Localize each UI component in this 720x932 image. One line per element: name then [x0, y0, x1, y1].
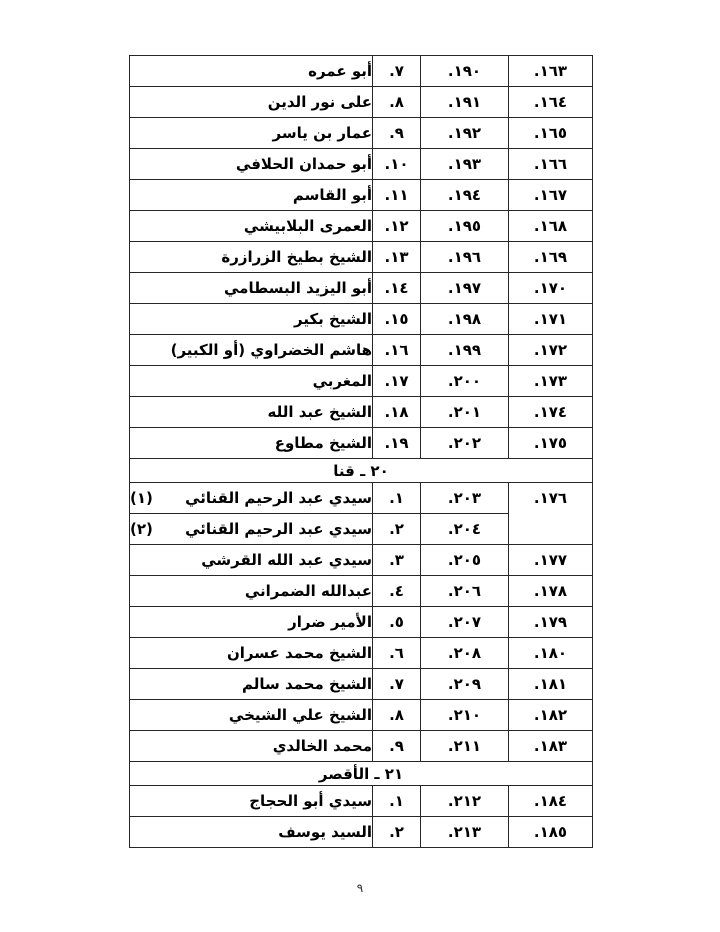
sequence-number-cell: ٣.: [373, 545, 421, 576]
list-number-cell: ١٩٥.: [421, 211, 509, 242]
table-row: ١٧٥.٢٠٢.١٩.الشيخ مطاوع: [130, 428, 593, 459]
name-wrap: الشيخ بطيخ الزرازرة: [130, 248, 372, 266]
serial-number-cell: ١٨٥.: [509, 817, 593, 848]
name-cell: الشيخ بكير: [130, 304, 373, 335]
name-wrap: سيدي عبد الرحيم القنائي(١): [130, 489, 372, 507]
name-text: هاشم الخضراوي (أو الكبير): [171, 341, 372, 359]
name-wrap: أبو القاسم: [130, 186, 372, 204]
name-text: سيدي أبو الحجاج: [249, 792, 372, 810]
name-cell: أبو حمدان الحلافي: [130, 149, 373, 180]
table-row: ١٨٤.٢١٢.١.سيدي أبو الحجاج: [130, 786, 593, 817]
name-wrap: الشيخ محمد عسران: [130, 644, 372, 662]
sequence-number-cell: ٤.: [373, 576, 421, 607]
roster-table: ١٦٣.١٩٠.٧.أبو عمره١٦٤.١٩١.٨.على نور الدي…: [129, 55, 593, 848]
sequence-number-cell: ١١.: [373, 180, 421, 211]
table-row: ١٦٤.١٩١.٨.على نور الدين: [130, 87, 593, 118]
list-number-cell: ٢١١.: [421, 731, 509, 762]
section-header-row: ٢١ ـ الأقصر: [130, 762, 593, 786]
table-row: ١٧٦.٢٠٣.١.سيدي عبد الرحيم القنائي(١): [130, 483, 593, 514]
name-text: الشيخ بكير: [294, 310, 372, 328]
list-number-cell: ٢١٢.: [421, 786, 509, 817]
serial-number-cell: ١٦٨.: [509, 211, 593, 242]
sequence-number-cell: ٧.: [373, 56, 421, 87]
table-row: ١٦٧.١٩٤.١١.أبو القاسم: [130, 180, 593, 211]
serial-number-cell: ١٧٨.: [509, 576, 593, 607]
list-number-cell: ١٩٧.: [421, 273, 509, 304]
serial-number-cell: ١٦٦.: [509, 149, 593, 180]
sequence-number-cell: ١٢.: [373, 211, 421, 242]
sequence-number-cell: ١٧.: [373, 366, 421, 397]
name-text: الشيخ محمد عسران: [227, 644, 372, 662]
sequence-number-cell: ١.: [373, 786, 421, 817]
name-text: الشيخ مطاوع: [275, 434, 372, 452]
name-wrap: المغربي: [130, 372, 372, 390]
name-cell: هاشم الخضراوي (أو الكبير): [130, 335, 373, 366]
list-number-cell: ١٩٩.: [421, 335, 509, 366]
name-cell: سيدي عبد الله القرشي: [130, 545, 373, 576]
list-number-cell: ١٩٨.: [421, 304, 509, 335]
table-row: ١٦٦.١٩٣.١٠.أبو حمدان الحلافي: [130, 149, 593, 180]
serial-number-cell: ١٧٦.: [509, 483, 593, 545]
name-text: سيدي عبد الرحيم القنائي: [185, 520, 372, 538]
name-text: الشيخ بطيخ الزرازرة: [221, 248, 372, 266]
sequence-number-cell: ١٤.: [373, 273, 421, 304]
name-text: الشيخ علي الشيخي: [229, 706, 372, 724]
name-cell: المغربي: [130, 366, 373, 397]
name-wrap: أبو حمدان الحلافي: [130, 155, 372, 173]
name-wrap: الأمير ضرار: [130, 613, 372, 631]
name-text: الشيخ محمد سالم: [242, 675, 372, 693]
table-row: ١٦٩.١٩٦.١٣.الشيخ بطيخ الزرازرة: [130, 242, 593, 273]
serial-number-cell: ١٨٤.: [509, 786, 593, 817]
name-wrap: عمار بن ياسر: [130, 124, 372, 142]
table-row: ١٨٥.٢١٣.٢.السيد يوسف: [130, 817, 593, 848]
table-row: ١٧٢.١٩٩.١٦.هاشم الخضراوي (أو الكبير): [130, 335, 593, 366]
table-row: ١٧٠.١٩٧.١٤.أبو اليزيد البسطامي: [130, 273, 593, 304]
serial-number-cell: ١٨٣.: [509, 731, 593, 762]
serial-number-cell: ١٧١.: [509, 304, 593, 335]
name-wrap: الشيخ مطاوع: [130, 434, 372, 452]
serial-number-cell: ١٧٤.: [509, 397, 593, 428]
name-text: أبو عمره: [308, 62, 372, 80]
name-text: سيدي عبد الله القرشي: [201, 551, 372, 569]
name-text: على نور الدين: [268, 93, 372, 111]
table-row: ١٨٣.٢١١.٩.محمد الخالدي: [130, 731, 593, 762]
name-cell: الشيخ محمد سالم: [130, 669, 373, 700]
name-cell: الأمير ضرار: [130, 607, 373, 638]
name-text: عبدالله الضمراني: [245, 582, 372, 600]
name-wrap: أبو اليزيد البسطامي: [130, 279, 372, 297]
name-cell: عمار بن ياسر: [130, 118, 373, 149]
name-wrap: العمرى البلابيشي: [130, 217, 372, 235]
name-wrap: سيدي أبو الحجاج: [130, 792, 372, 810]
name-wrap: عبدالله الضمراني: [130, 582, 372, 600]
name-wrap: هاشم الخضراوي (أو الكبير): [130, 341, 372, 359]
name-cell: أبو اليزيد البسطامي: [130, 273, 373, 304]
list-number-cell: ٢١٣.: [421, 817, 509, 848]
name-text: أبو حمدان الحلافي: [236, 155, 372, 173]
name-note: (١): [130, 489, 153, 507]
name-cell: العمرى البلابيشي: [130, 211, 373, 242]
sequence-number-cell: ١٥.: [373, 304, 421, 335]
list-number-cell: ١٩٢.: [421, 118, 509, 149]
table-row: ١٧٨.٢٠٦.٤.عبدالله الضمراني: [130, 576, 593, 607]
list-number-cell: ٢٠١.: [421, 397, 509, 428]
table-row: ١٨٢.٢١٠.٨.الشيخ علي الشيخي: [130, 700, 593, 731]
sequence-number-cell: ١٨.: [373, 397, 421, 428]
sequence-number-cell: ١.: [373, 483, 421, 514]
name-cell: الشيخ بطيخ الزرازرة: [130, 242, 373, 273]
table-row: ١٦٨.١٩٥.١٢.العمرى البلابيشي: [130, 211, 593, 242]
list-number-cell: ١٩٤.: [421, 180, 509, 211]
serial-number-cell: ١٦٥.: [509, 118, 593, 149]
name-cell: محمد الخالدي: [130, 731, 373, 762]
name-text: عمار بن ياسر: [273, 124, 373, 142]
name-cell: الشيخ محمد عسران: [130, 638, 373, 669]
name-wrap: أبو عمره: [130, 62, 372, 80]
name-note: (٢): [130, 520, 153, 538]
list-number-cell: ١٩٦.: [421, 242, 509, 273]
serial-number-cell: ١٦٧.: [509, 180, 593, 211]
serial-number-cell: ١٧٢.: [509, 335, 593, 366]
serial-number-cell: ١٨١.: [509, 669, 593, 700]
name-cell: الشيخ علي الشيخي: [130, 700, 373, 731]
serial-number-cell: ١٧٩.: [509, 607, 593, 638]
name-wrap: الشيخ علي الشيخي: [130, 706, 372, 724]
name-wrap: سيدي عبد الله القرشي: [130, 551, 372, 569]
name-cell: أبو عمره: [130, 56, 373, 87]
sequence-number-cell: ١٦.: [373, 335, 421, 366]
sequence-number-cell: ٢.: [373, 514, 421, 545]
name-text: العمرى البلابيشي: [244, 217, 372, 235]
name-wrap: الشيخ محمد سالم: [130, 675, 372, 693]
serial-number-cell: ١٦٤.: [509, 87, 593, 118]
section-header-label: ٢٠ ـ قنا: [130, 459, 593, 483]
name-cell: سيدي أبو الحجاج: [130, 786, 373, 817]
table-row: ١٦٣.١٩٠.٧.أبو عمره: [130, 56, 593, 87]
table-row: ١٦٥.١٩٢.٩.عمار بن ياسر: [130, 118, 593, 149]
sequence-number-cell: ١٩.: [373, 428, 421, 459]
serial-number-cell: ١٨٠.: [509, 638, 593, 669]
list-number-cell: ٢٠٧.: [421, 607, 509, 638]
name-cell: أبو القاسم: [130, 180, 373, 211]
name-text: سيدي عبد الرحيم القنائي: [185, 489, 372, 507]
list-number-cell: ١٩١.: [421, 87, 509, 118]
name-text: محمد الخالدي: [273, 737, 372, 755]
sequence-number-cell: ٨.: [373, 700, 421, 731]
name-wrap: محمد الخالدي: [130, 737, 372, 755]
list-number-cell: ١٩٠.: [421, 56, 509, 87]
name-wrap: السيد يوسف: [130, 823, 372, 841]
name-wrap: سيدي عبد الرحيم القنائي(٢): [130, 520, 372, 538]
list-number-cell: ٢٠٩.: [421, 669, 509, 700]
table-row: ١٨٠.٢٠٨.٦.الشيخ محمد عسران: [130, 638, 593, 669]
name-cell: الشيخ مطاوع: [130, 428, 373, 459]
list-number-cell: ٢٠٨.: [421, 638, 509, 669]
list-number-cell: ٢٠٤.: [421, 514, 509, 545]
list-number-cell: ٢٠٥.: [421, 545, 509, 576]
table-row: ١٧١.١٩٨.١٥.الشيخ بكير: [130, 304, 593, 335]
serial-number-cell: ١٨٢.: [509, 700, 593, 731]
name-text: المغربي: [313, 372, 372, 390]
sequence-number-cell: ٩.: [373, 118, 421, 149]
sequence-number-cell: ٥.: [373, 607, 421, 638]
serial-number-cell: ١٦٣.: [509, 56, 593, 87]
sequence-number-cell: ٢.: [373, 817, 421, 848]
list-number-cell: ٢١٠.: [421, 700, 509, 731]
name-cell: سيدي عبد الرحيم القنائي(٢): [130, 514, 373, 545]
sequence-number-cell: ٨.: [373, 87, 421, 118]
list-number-cell: ١٩٣.: [421, 149, 509, 180]
sequence-number-cell: ٦.: [373, 638, 421, 669]
name-wrap: الشيخ عبد الله: [130, 403, 372, 421]
list-number-cell: ٢٠٢.: [421, 428, 509, 459]
name-cell: الشيخ عبد الله: [130, 397, 373, 428]
serial-number-cell: ١٧٥.: [509, 428, 593, 459]
table-row: ١٧٤.٢٠١.١٨.الشيخ عبد الله: [130, 397, 593, 428]
name-text: أبو اليزيد البسطامي: [224, 279, 372, 297]
table-row: ١٨١.٢٠٩.٧.الشيخ محمد سالم: [130, 669, 593, 700]
section-header-label: ٢١ ـ الأقصر: [130, 762, 593, 786]
serial-number-cell: ١٧٣.: [509, 366, 593, 397]
list-number-cell: ٢٠٦.: [421, 576, 509, 607]
list-number-cell: ٢٠٠.: [421, 366, 509, 397]
sequence-number-cell: ١٣.: [373, 242, 421, 273]
table-row: ١٧٩.٢٠٧.٥.الأمير ضرار: [130, 607, 593, 638]
serial-number-cell: ١٧٠.: [509, 273, 593, 304]
name-wrap: الشيخ بكير: [130, 310, 372, 328]
sequence-number-cell: ٧.: [373, 669, 421, 700]
serial-number-cell: ١٧٧.: [509, 545, 593, 576]
sequence-number-cell: ٩.: [373, 731, 421, 762]
name-cell: عبدالله الضمراني: [130, 576, 373, 607]
roster-table-body: ١٦٣.١٩٠.٧.أبو عمره١٦٤.١٩١.٨.على نور الدي…: [130, 56, 593, 848]
list-number-cell: ٢٠٣.: [421, 483, 509, 514]
name-cell: سيدي عبد الرحيم القنائي(١): [130, 483, 373, 514]
name-text: السيد يوسف: [278, 823, 372, 841]
table-row: ١٧٧.٢٠٥.٣.سيدي عبد الله القرشي: [130, 545, 593, 576]
section-header-row: ٢٠ ـ قنا: [130, 459, 593, 483]
name-text: الشيخ عبد الله: [268, 403, 372, 421]
sequence-number-cell: ١٠.: [373, 149, 421, 180]
document-page: ١٦٣.١٩٠.٧.أبو عمره١٦٤.١٩١.٨.على نور الدي…: [0, 0, 720, 932]
name-text: أبو القاسم: [293, 186, 372, 204]
name-wrap: على نور الدين: [130, 93, 372, 111]
name-cell: على نور الدين: [130, 87, 373, 118]
name-text: الأمير ضرار: [288, 613, 372, 631]
table-row: ١٧٣.٢٠٠.١٧.المغربي: [130, 366, 593, 397]
serial-number-cell: ١٦٩.: [509, 242, 593, 273]
page-number: ٩: [338, 881, 382, 895]
name-cell: السيد يوسف: [130, 817, 373, 848]
